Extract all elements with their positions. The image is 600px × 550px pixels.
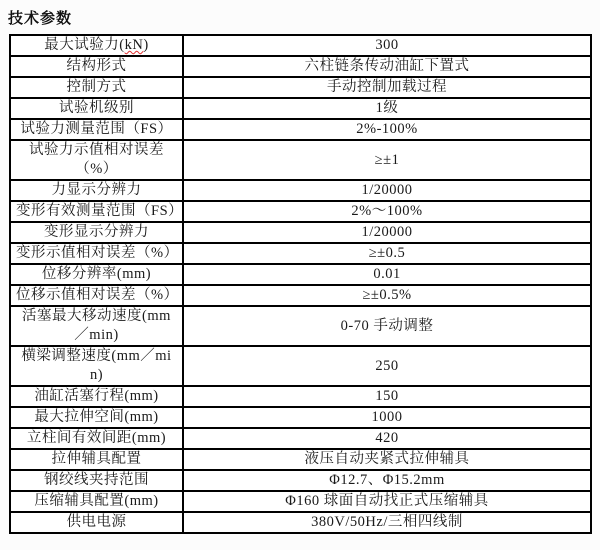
param-label: 拉伸辅具配置 bbox=[10, 449, 183, 470]
param-label: 试验力测量范围（FS） bbox=[10, 119, 183, 140]
table-row: 试验力测量范围（FS）2%-100% bbox=[10, 119, 591, 140]
param-value: Φ12.7、Φ15.2mm bbox=[183, 470, 591, 491]
param-value: 380V/50Hz/三相四线制 bbox=[183, 512, 591, 533]
param-value: ≥±0.5 bbox=[183, 243, 591, 264]
param-label: 油缸活塞行程(mm) bbox=[10, 386, 183, 407]
param-label: 钢绞线夹持范围 bbox=[10, 470, 183, 491]
param-value: 手动控制加载过程 bbox=[183, 77, 591, 98]
param-label: 位移分辨率(mm) bbox=[10, 264, 183, 285]
param-value: ≥±1 bbox=[183, 140, 591, 180]
param-label: 试验力示值相对误差（%） bbox=[10, 140, 183, 180]
param-value: 0.01 bbox=[183, 264, 591, 285]
param-label: 压缩辅具配置(mm) bbox=[10, 491, 183, 512]
param-value: 液压自动夹紧式拉伸辅具 bbox=[183, 449, 591, 470]
param-value: 1000 bbox=[183, 407, 591, 428]
param-label: 变形示值相对误差（%） bbox=[10, 243, 183, 264]
table-row: 位移示值相对误差（%）≥±0.5% bbox=[10, 285, 591, 306]
param-label: 供电电源 bbox=[10, 512, 183, 533]
params-table: 最大试验力(kN)300结构形式六柱链条传动油缸下置式控制方式手动控制加载过程试… bbox=[9, 34, 592, 534]
table-row: 试验机级别1级 bbox=[10, 98, 591, 119]
table-row: 最大试验力(kN)300 bbox=[10, 35, 591, 56]
param-label: 结构形式 bbox=[10, 56, 183, 77]
table-row: 油缸活塞行程(mm)150 bbox=[10, 386, 591, 407]
param-value: 2%～100% bbox=[183, 201, 591, 222]
table-row: 最大拉伸空间(mm)1000 bbox=[10, 407, 591, 428]
spellcheck-underline-text: kN bbox=[125, 37, 144, 53]
param-label: 控制方式 bbox=[10, 77, 183, 98]
param-value: 0-70 手动调整 bbox=[183, 306, 591, 346]
table-row: 变形显示分辨力1/20000 bbox=[10, 222, 591, 243]
param-value: 150 bbox=[183, 386, 591, 407]
table-row: 变形有效测量范围（FS）2%～100% bbox=[10, 201, 591, 222]
page-title: 技术参数 bbox=[0, 0, 600, 34]
param-value: ≥±0.5% bbox=[183, 285, 591, 306]
param-label: 试验机级别 bbox=[10, 98, 183, 119]
param-label-text: ) bbox=[143, 37, 148, 53]
table-row: 试验力示值相对误差（%）≥±1 bbox=[10, 140, 591, 180]
param-label: 活塞最大移动速度(mm／min) bbox=[10, 306, 183, 346]
page: 技术参数 最大试验力(kN)300结构形式六柱链条传动油缸下置式控制方式手动控制… bbox=[0, 0, 600, 550]
table-row: 控制方式手动控制加载过程 bbox=[10, 77, 591, 98]
param-value: Φ160 球面自动找正式压缩辅具 bbox=[183, 491, 591, 512]
param-value: 1级 bbox=[183, 98, 591, 119]
table-row: 力显示分辨力1/20000 bbox=[10, 180, 591, 201]
param-label: 变形有效测量范围（FS） bbox=[10, 201, 183, 222]
param-value: 1/20000 bbox=[183, 180, 591, 201]
table-row: 结构形式六柱链条传动油缸下置式 bbox=[10, 56, 591, 77]
param-value: 250 bbox=[183, 346, 591, 386]
param-label: 变形显示分辨力 bbox=[10, 222, 183, 243]
table-row: 压缩辅具配置(mm)Φ160 球面自动找正式压缩辅具 bbox=[10, 491, 591, 512]
table-row: 横梁调整速度(mm／min)250 bbox=[10, 346, 591, 386]
table-row: 拉伸辅具配置液压自动夹紧式拉伸辅具 bbox=[10, 449, 591, 470]
param-label: 最大试验力(kN) bbox=[10, 35, 183, 56]
param-label: 立柱间有效间距(mm) bbox=[10, 428, 183, 449]
param-label: 最大拉伸空间(mm) bbox=[10, 407, 183, 428]
table-row: 供电电源380V/50Hz/三相四线制 bbox=[10, 512, 591, 533]
table-row: 位移分辨率(mm)0.01 bbox=[10, 264, 591, 285]
table-row: 立柱间有效间距(mm)420 bbox=[10, 428, 591, 449]
param-value: 2%-100% bbox=[183, 119, 591, 140]
param-label-text: 最大试验力( bbox=[44, 37, 124, 53]
param-label: 横梁调整速度(mm／min) bbox=[10, 346, 183, 386]
table-row: 活塞最大移动速度(mm／min)0-70 手动调整 bbox=[10, 306, 591, 346]
param-label: 位移示值相对误差（%） bbox=[10, 285, 183, 306]
table-row: 钢绞线夹持范围Φ12.7、Φ15.2mm bbox=[10, 470, 591, 491]
params-table-body: 最大试验力(kN)300结构形式六柱链条传动油缸下置式控制方式手动控制加载过程试… bbox=[10, 35, 591, 533]
table-row: 变形示值相对误差（%）≥±0.5 bbox=[10, 243, 591, 264]
param-value: 300 bbox=[183, 35, 591, 56]
param-value: 1/20000 bbox=[183, 222, 591, 243]
param-value: 六柱链条传动油缸下置式 bbox=[183, 56, 591, 77]
param-value: 420 bbox=[183, 428, 591, 449]
param-label: 力显示分辨力 bbox=[10, 180, 183, 201]
